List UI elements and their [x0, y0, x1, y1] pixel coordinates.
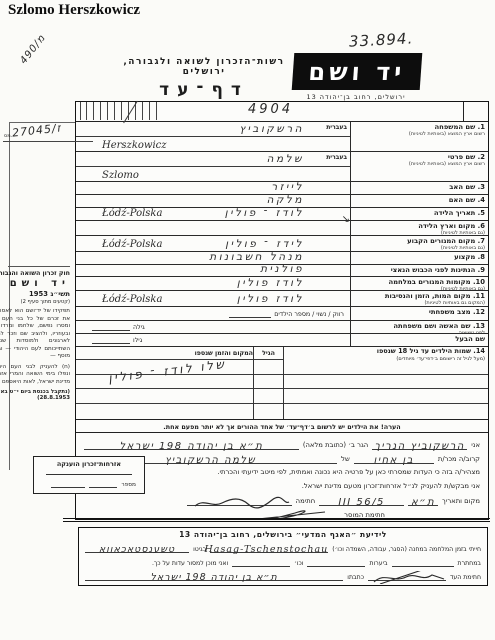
marital-status-options: רווק / נשוי / מספר הילדים	[229, 308, 344, 318]
children-label: 14. שמות הילדים עד גיל 18 שנספו (מעל לגי…	[284, 347, 488, 375]
row-label: 1. שם המשפחה רשום ארץ המוצא (באותיות לטי…	[350, 122, 488, 151]
scientific-branch-heading: לידיעת ״האגף המדעי״ בירושלים, רחוב בן־יה…	[85, 530, 481, 539]
declarant-name-blank: הרשקוביץ הנריך	[372, 440, 467, 450]
witness-signature-line: חתימת העד כתבתו ת״א בן יהודה 198 ישראל	[85, 567, 481, 581]
memorial-box-line	[46, 474, 132, 475]
father-name-handwriting: לייזר	[271, 181, 304, 193]
authority-line: רשות־הזכרון לשואה ולגבורה, ירושלים	[103, 57, 305, 77]
witness-address-blank: ת״א בן יהודה 198 ישראל	[85, 571, 343, 581]
form-title: דף־עד	[103, 80, 305, 100]
children-place-column: המקום והזמן שנספו שלו לודז ־ פולין	[76, 347, 253, 419]
form-row-husband-name: שם הבעל גילו	[76, 334, 488, 347]
death-place-latin-handwriting: Łódź-Polska	[102, 294, 162, 305]
memorial-box-title: אזרחות־זכרון הוענקה	[34, 460, 144, 468]
children-age-column: הגיל	[253, 347, 283, 419]
office-number-label: מס.	[4, 133, 12, 139]
in-hebrew-label: בעברית	[326, 154, 347, 161]
mother-name-handwriting: מלקה	[267, 194, 304, 206]
pen-arrow: ↘	[342, 214, 350, 225]
children-name-line	[284, 404, 488, 419]
place-blank: ת״א	[408, 496, 438, 506]
underground-blank	[392, 557, 454, 567]
children-note: הערה! את הילדים יש לרשום ב׳דף־עד׳ של אחד…	[76, 420, 488, 433]
age-column-header: הגיל	[254, 347, 283, 360]
form-row-birth-place: 6. מקום וארץ הלידה(גם באותיות לטיניות)	[76, 221, 488, 236]
relation-blank: בן אחיו	[354, 454, 434, 464]
camp-handwriting: Hasag-Tschenstochau	[205, 544, 329, 555]
birth-place-hebrew-handwriting: לודז ־ פולין	[225, 207, 304, 219]
declaration-statement-2: אני מבקש/ת להעניק לנ״ל אזרחות־זכרון מטעם…	[302, 482, 480, 492]
ghetto-handwriting: טשענסטאכאווא	[99, 544, 175, 555]
ghetto-blank: טשענסטאכאווא	[85, 543, 189, 553]
forests-blank	[307, 557, 365, 567]
memorial-citizenship-box: אזרחות־זכרון הוענקה מספר	[33, 456, 145, 494]
corner-handwritten-note: 490/מ	[18, 33, 48, 67]
children-table: 14. שמות הילדים עד גיל 18 שנספו (מעל לגי…	[76, 347, 488, 420]
first-name-hebrew-handwriting: שלמה	[267, 153, 304, 165]
form-row-birth-date: 5. תאריך הלידה לודז ־ פולין Łódź-Polska …	[76, 208, 488, 221]
office-number-rule	[3, 141, 93, 142]
declaration-identity-line: אני הרשקוביץ הנריך הגר ב׳ (כתובת מלאה) ת…	[84, 436, 480, 450]
scientific-branch-box: לידיעת ״האגף המדעי״ בירושלים, רחוב בן־יה…	[78, 527, 488, 586]
logo-address: ירושלים, רחוב בן־יהודה 13	[286, 93, 426, 101]
children-name-line	[284, 375, 488, 390]
declaration-statement-1: מצהיר/ה בזה כי העדות שמסרתי כאן על פרטיה…	[217, 468, 480, 478]
file-number-handwritten: 33.894.	[349, 29, 414, 50]
yad-vashem-logo: יד ושם	[292, 53, 423, 90]
children-names-column: 14. שמות הילדים עד גיל 18 שנספו (מעל לגי…	[283, 347, 488, 419]
place-handwriting: ת״א	[411, 497, 435, 508]
place-column-header: המקום והזמן שנספו	[76, 347, 253, 360]
form-row-death-place: 11. מקום המות, הזמן והנסיבות(המקום גם בא…	[76, 291, 488, 307]
declaration-signature-line: מקום ותאריך ת״א 5/III 56 חתימה	[84, 492, 480, 506]
form-row-marital-status: 12. מצב משפחתי רווק / נשוי / מספר הילדים	[76, 307, 488, 321]
date-blank: 5/III 56	[319, 496, 404, 506]
form-row-family-name: 1. שם המשפחה רשום ארץ המוצא (באותיות לטי…	[76, 122, 488, 152]
form-row-wartime-residence: 10. מקומות המגורים במלחמה(גם באותיות לטי…	[76, 277, 488, 291]
serial-number-handwritten: 4904	[248, 102, 293, 117]
scanned-testimony-page: Szlomo Herszkowicz 490/מ 33.894. יד ושם …	[0, 0, 495, 640]
family-name-latin-handwriting: Herszkowicz	[102, 140, 167, 151]
law-year: תשי״ג 1953	[0, 290, 70, 298]
husband-age-blank	[92, 334, 130, 344]
children-name-line	[284, 389, 488, 404]
witness-address-handwriting: ת״א בן יהודה 198 ישראל	[150, 572, 277, 583]
law-title: חוק זכרון השואה והגבורה —	[0, 270, 70, 277]
citizenship-handwriting: פולנית	[260, 263, 304, 275]
witness-signature-scrawl	[372, 571, 446, 584]
row-label: 2. שם פרטי רשום ארץ המוצא (באותיות לטיני…	[350, 152, 488, 181]
signature-blank	[187, 496, 292, 506]
section-divider	[63, 518, 490, 522]
law-paragraph-1: תפקידו של יד־ושם הוא לאסוף אל המולדת את …	[0, 308, 70, 361]
law-title-bold: יד ושם	[0, 278, 70, 289]
law-paragraph-2: (ח) להעניק לבני העם היהודי שהושמדו ונפלו…	[0, 364, 70, 387]
wartime-residence-handwriting: לודז פולין	[237, 277, 304, 289]
serial-row: 4904	[76, 102, 488, 122]
birth-place-latin-handwriting: Łódź-Polska	[102, 208, 162, 219]
etc-blank	[232, 557, 290, 567]
date-handwriting: 5/III 56	[338, 497, 385, 508]
serial-grid-cells	[80, 102, 157, 120]
wife-age-blank	[92, 321, 130, 331]
memorial-box-number-row: מספר	[42, 481, 136, 488]
law-footer: (נתקבל בכנסת ביום י״ט באלול תשי״ג — 28.8…	[0, 389, 70, 401]
signature-scrawl	[192, 496, 292, 509]
law-text-column: חוק זכרון השואה והגבורה — יד ושם תשי״ג 1…	[0, 266, 73, 456]
residence-latin-handwriting: Łódź-Polska	[102, 239, 162, 250]
family-name-hebrew-handwriting: הרשקוביץ	[239, 123, 304, 135]
profession-handwriting: מנהל חשבונות	[209, 251, 304, 263]
declarant-address-handwriting: ת״א בן יהודה 198 ישראל	[119, 441, 263, 452]
witness-signature-blank	[368, 571, 446, 581]
husband-age-field: גילו	[92, 334, 142, 344]
camp-ghetto-line: חייתי בזמן המלחמה במחנה (הסגר, עבודה, הש…	[85, 539, 481, 553]
first-name-latin-handwriting: Szlomo	[102, 170, 139, 181]
declarant-name-handwriting: הרשקוביץ הנריך	[374, 441, 464, 452]
victim-name-handwriting: שלמה הרשקוביץ	[165, 455, 256, 466]
form-row-residence: 7. מקום המגורים הקבוע(גם באותיות לטיניות…	[76, 236, 488, 252]
camp-blank: Hasag-Tschenstochau	[210, 543, 328, 553]
children-count-blank	[229, 308, 271, 318]
death-place-hebrew-handwriting: לודז פולין	[237, 293, 304, 305]
declarant-address-blank: ת״א בן יהודה 198 ישראל	[84, 440, 299, 450]
underground-forests-line: במחתרת ביערות וכו׳ ואני מוכן למסור עדות …	[85, 553, 481, 567]
page-title: Szlomo Herszkowicz	[8, 2, 140, 19]
form-row-citizenship: 9. הנתינות לפני הכבוש הנאצי פולנית	[76, 265, 488, 277]
residence-hebrew-handwriting: לידז ־ פולין	[225, 238, 304, 250]
serial-row-divider	[463, 102, 464, 121]
in-hebrew-label: בעברית	[326, 124, 347, 131]
law-section-note: (קטעים מתוך סעיף 2)	[0, 299, 70, 305]
law-divider	[8, 266, 70, 267]
form-row-first-name: 2. שם פרטי רשום ארץ המוצא (באותיות לטיני…	[76, 152, 488, 182]
form-row-wife-name: 13. שם האשה ושם משפחתהלפני נישואיה גילה	[76, 321, 488, 334]
relation-handwriting: בן אחיו	[374, 455, 414, 466]
wife-age-field: גילה	[92, 321, 145, 331]
